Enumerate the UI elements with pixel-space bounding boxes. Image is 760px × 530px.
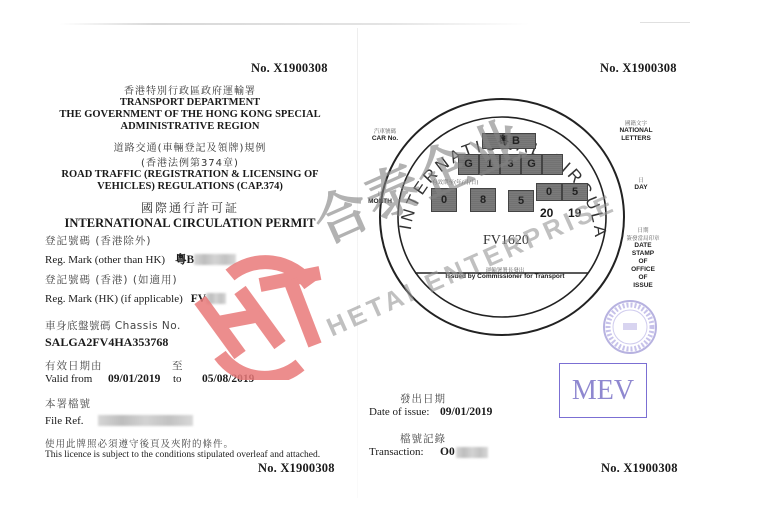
issuer-header: 香港特別行政區政府運輸署 TRANSPORT DEPARTMENT THE GO…	[40, 82, 340, 231]
valid-to-label-cn: 至	[172, 358, 184, 373]
transaction-label-cn: 檔號記錄	[400, 431, 446, 446]
permit-number-top-right: No. X1900308	[600, 61, 677, 76]
page-edge	[60, 23, 530, 25]
file-ref-section: 本署檔號 File Ref.	[45, 396, 193, 429]
redacted-block	[456, 447, 488, 458]
reg-mark-hk-label-en: Reg. Mark (HK) (if applicable)	[45, 293, 183, 305]
stamp-box-char	[542, 154, 563, 175]
issuer-en-3: ADMINISTRATIVE REGION	[40, 121, 340, 133]
transaction-label-en: Transaction:	[369, 446, 424, 458]
issuer-en-1: TRANSPORT DEPARTMENT	[40, 97, 340, 109]
permit-number-bottom-left: No. X1900308	[258, 461, 335, 476]
issue-info: 發出日期 Date of issue: 09/01/2019 檔號記錄 Tran…	[368, 391, 528, 461]
file-ref-label-en: File Ref.	[45, 415, 84, 427]
valid-to-label-en: to	[173, 373, 182, 385]
chassis-value: SALGA2FV4HA353768	[45, 335, 181, 350]
regulation-en-2: VEHICLES) REGULATIONS (CAP.374)	[40, 181, 340, 193]
issuer-en-2: THE GOVERNMENT OF THE HONG KONG SPECIAL	[40, 109, 340, 121]
hetai-logo-watermark	[190, 245, 340, 380]
conditions-cn: 使用此牌照必須遵守後頁及夾附的條件。	[45, 436, 320, 450]
page-fold-divider	[357, 28, 358, 498]
date-stamp-label: 日期 簽發當局印章 DATE STAMP OF OFFICE OF ISSUE	[618, 226, 668, 290]
date-of-issue-label-cn: 發出日期	[400, 391, 446, 406]
file-ref-label-cn: 本署檔號	[45, 396, 193, 411]
reg-mark-other-label-en: Reg. Mark (other than HK)	[45, 254, 165, 266]
official-round-seal	[600, 297, 660, 357]
national-letters-label: 國籍文字 NATIONAL LETTERS	[611, 119, 661, 143]
day-label: 日 DAY	[626, 176, 656, 192]
valid-from-label-cn: 有效日期由	[45, 358, 103, 373]
permit-title-en: INTERNATIONAL CIRCULATION PERMIT	[40, 216, 340, 231]
redacted-block	[98, 415, 193, 426]
permit-number-bottom-right: No. X1900308	[601, 461, 678, 476]
stamp-box-char: 5	[508, 190, 534, 212]
permit-title-cn: 國際通行許可証	[40, 199, 340, 216]
date-of-issue-value: 09/01/2019	[440, 406, 492, 418]
date-of-issue-label-en: Date of issue:	[369, 406, 429, 418]
stamp-box-month: 0	[536, 183, 562, 201]
car-no-label: 汽車號碼 CAR No.	[365, 127, 405, 143]
chassis-section: 車身底盤號碼 Chassis No. SALGA2FV4HA353768	[45, 318, 181, 350]
valid-from-value: 09/01/2019	[108, 373, 160, 385]
page-edge	[640, 22, 690, 23]
permit-number-top-left: No. X1900308	[251, 61, 328, 76]
issuer-cn: 香港特別行政區政府運輸署	[40, 82, 340, 97]
transaction-value: O0	[440, 446, 488, 458]
conditions-section: 使用此牌照必須遵守後頁及夾附的條件。 This licence is subje…	[45, 436, 320, 460]
valid-from-label-en: Valid from	[45, 373, 92, 385]
mev-stamp: MEV	[559, 363, 647, 418]
conditions-en: This licence is subject to the condition…	[45, 450, 320, 460]
regulation-en-1: ROAD TRAFFIC (REGISTRATION & LICENSING O…	[40, 169, 340, 181]
regulation-cn-1: 道路交通(車輛登記及領牌)規例	[40, 139, 340, 154]
chassis-label: 車身底盤號碼 Chassis No.	[45, 318, 181, 333]
regulation-cn-2: (香港法例第374章)	[40, 154, 340, 169]
